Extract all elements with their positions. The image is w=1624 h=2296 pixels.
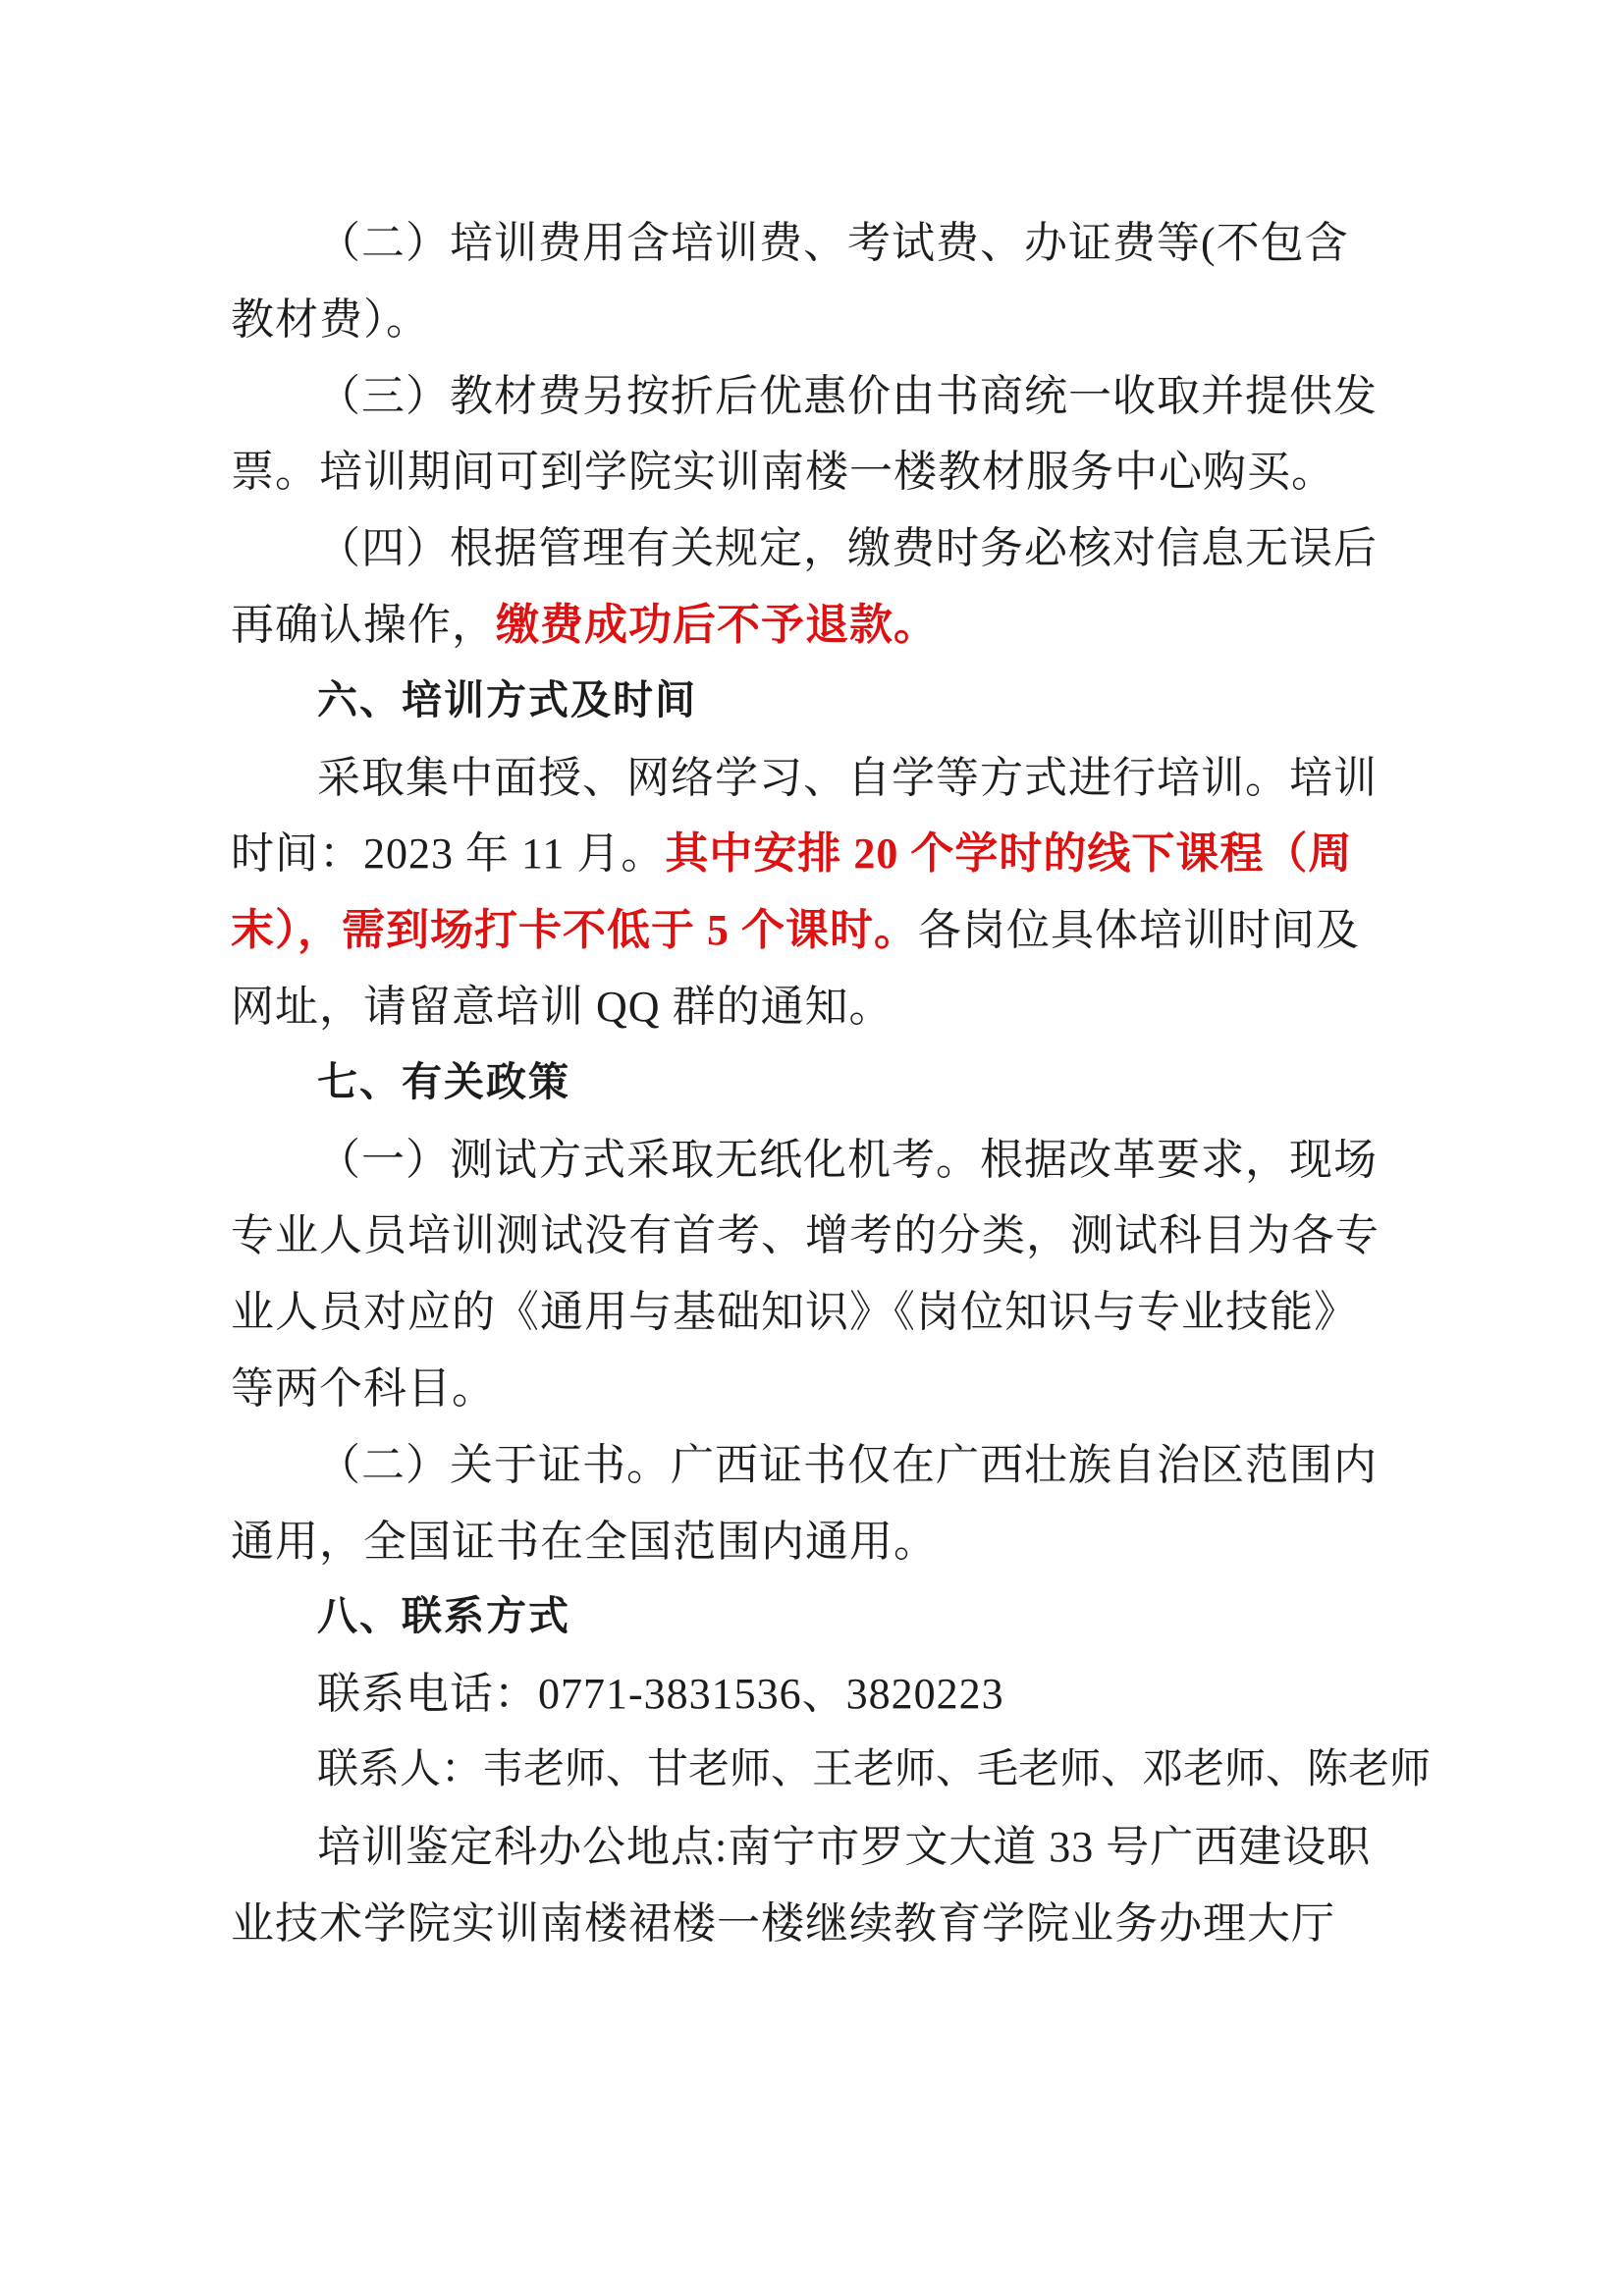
emphasis-red-text: 缴费成功后不予退款。 <box>496 601 938 649</box>
text-line: 网址，请留意培训 QQ 群的通知。 <box>231 986 893 1029</box>
section-heading: 八、联系方式 <box>317 1596 570 1636</box>
text-line: 末），需到场打卡不低于 5 个课时。各岗位具体培训时间及 <box>231 909 1360 952</box>
text-line: （二）培训费用含培训费、考试费、办证费等(不包含 <box>317 222 1349 265</box>
section-heading: 六、培训方式及时间 <box>317 680 697 721</box>
text-segment: 业技术学院实训南楼裙楼一楼继续教育学院业务办理大厅 <box>231 1899 1335 1948</box>
text-line: 票。培训期间可到学院实训南楼一楼教材服务中心购买。 <box>231 451 1335 494</box>
text-segment: 通用，全国证书在全国范围内通用。 <box>231 1518 938 1566</box>
text-line: 时间：2023 年 11 月。其中安排 20 个学时的线下课程（周 <box>231 832 1352 876</box>
text-segment: （二）培训费用含培训费、考试费、办证费等(不包含 <box>317 219 1349 267</box>
text-segment: （一）测试方式采取无纸化机考。根据改革要求，现场 <box>317 1136 1378 1184</box>
text-line: 业技术学院实训南楼裙楼一楼继续教育学院业务办理大厅 <box>231 1902 1335 1946</box>
text-line: 联系电话：0771-3831536、3820223 <box>317 1673 1004 1716</box>
text-segment: 再确认操作， <box>231 601 496 649</box>
text-segment: 联系人：韦老师、甘老师、王老师、毛老师、邓老师、陈老师 <box>317 1747 1431 1792</box>
text-segment: 时间：2023 年 11 月。 <box>231 829 665 878</box>
text-line: 业人员对应的《通用与基础知识》《岗位知识与专业技能》 <box>231 1291 1358 1334</box>
text-segment: 采取集中面授、网络学习、自学等方式进行培训。培训 <box>317 754 1378 802</box>
text-segment: 业人员对应的《通用与基础知识》《岗位知识与专业技能》 <box>231 1288 1358 1336</box>
text-line: 教材费）。 <box>231 298 430 342</box>
text-line: （二）关于证书。广西证书仅在广西壮族自治区范围内 <box>317 1444 1378 1487</box>
text-line: 采取集中面授、网络学习、自学等方式进行培训。培训 <box>317 757 1378 800</box>
text-segment: 培训鉴定科办公地点:南宁市罗文大道 33 号广西建设职 <box>317 1823 1371 1871</box>
text-segment: （四）根据管理有关规定，缴费时务必核对信息无误后 <box>317 524 1378 572</box>
text-line: 培训鉴定科办公地点:南宁市罗文大道 33 号广西建设职 <box>317 1826 1371 1869</box>
text-line: 等两个科目。 <box>231 1367 496 1411</box>
text-segment: 联系电话：0771-3831536、3820223 <box>317 1670 1004 1718</box>
emphasis-red-text: 其中安排 20 个学时的线下课程（周 <box>665 829 1352 878</box>
text-line: （四）根据管理有关规定，缴费时务必核对信息无误后 <box>317 527 1378 570</box>
text-segment: 网址，请留意培训 QQ 群的通知。 <box>231 983 893 1031</box>
text-line: （一）测试方式采取无纸化机考。根据改革要求，现场 <box>317 1139 1378 1182</box>
text-segment: 教材费）。 <box>231 295 430 344</box>
emphasis-red-text: 末），需到场打卡不低于 5 个课时。 <box>231 906 918 954</box>
text-segment: 票。培训期间可到学院实训南楼一楼教材服务中心购买。 <box>231 448 1335 496</box>
text-line: 专业人员培训测试没有首考、增考的分类，测试科目为各专 <box>231 1214 1380 1257</box>
text-line: （三）教材费另按折后优惠价由书商统一收取并提供发 <box>317 375 1378 418</box>
text-segment: （三）教材费另按折后优惠价由书商统一收取并提供发 <box>317 372 1378 420</box>
text-segment: 等两个科目。 <box>231 1364 496 1413</box>
text-line: 联系人：韦老师、甘老师、王老师、毛老师、邓老师、陈老师 <box>317 1749 1431 1790</box>
text-line: 再确认操作，缴费成功后不予退款。 <box>231 604 938 647</box>
text-segment: 专业人员培训测试没有首考、增考的分类，测试科目为各专 <box>231 1211 1380 1259</box>
text-segment: 八、联系方式 <box>317 1593 570 1638</box>
text-segment: 各岗位具体培训时间及 <box>918 906 1360 954</box>
text-segment: （二）关于证书。广西证书仅在广西壮族自治区范围内 <box>317 1441 1378 1489</box>
text-line: 通用，全国证书在全国范围内通用。 <box>231 1521 938 1564</box>
text-segment: 七、有关政策 <box>317 1059 570 1104</box>
section-heading: 七、有关政策 <box>317 1062 570 1102</box>
text-segment: 六、培训方式及时间 <box>317 677 697 722</box>
document-page: （二）培训费用含培训费、考试费、办证费等(不包含教材费）。（三）教材费另按折后优… <box>0 0 1624 2296</box>
